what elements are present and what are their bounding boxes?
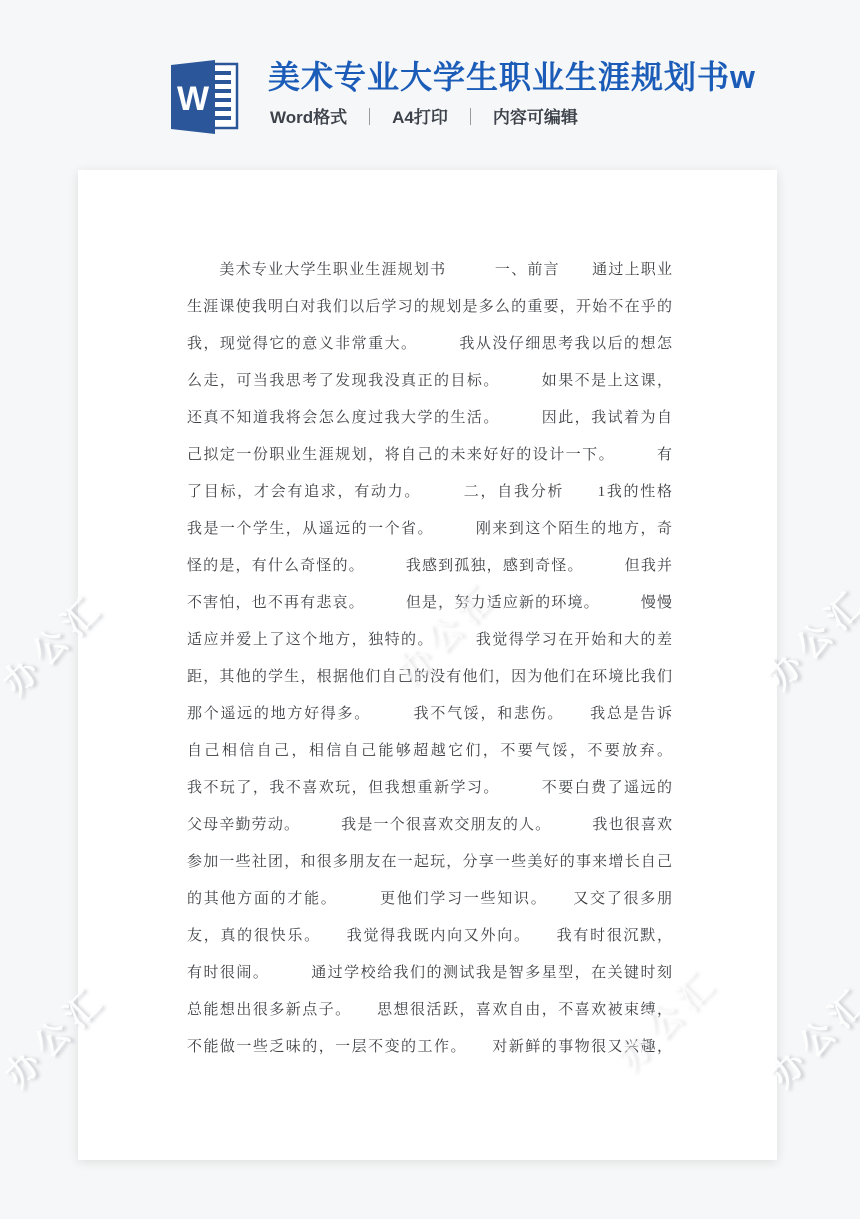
doc-text-line: 总能想出很多新点子。 思想很活跃，喜欢自由，不喜欢被束缚， xyxy=(187,992,672,1029)
doc-text-line: 己拟定一份职业生涯规划，将自己的未来好好的设计一下。 有 xyxy=(187,437,672,474)
doc-text-line: 有时很闹。 通过学校给我们的测试我是智多星型，在关键时刻 xyxy=(187,955,672,992)
doc-text-line: 还真不知道我将会怎么度过我大学的生活。 因此，我试着为自 xyxy=(187,400,672,437)
meta-format-label: Word格式 xyxy=(270,108,347,127)
meta-editable-label: 内容可编辑 xyxy=(493,108,578,127)
doc-text-line: 怪的是，有什么奇怪的。 我感到孤独，感到奇怪。 但我并 xyxy=(187,548,672,585)
doc-text-line: 美术专业大学生职业生涯规划书 一、前言 通过上职业 xyxy=(187,252,672,289)
word-file-icon: W xyxy=(167,59,241,137)
document-title-link[interactable]: 美术专业大学生职业生涯规划书w xyxy=(268,52,756,98)
doc-text-line: 自己相信自己，相信自己能够超越它们，不要气馁，不要放弃。 xyxy=(187,733,672,770)
document-page-preview[interactable]: 美术专业大学生职业生涯规划书 一、前言 通过上职业 生涯课使我明白对我们以后学习… xyxy=(78,170,777,1160)
meta-separator: ｜ xyxy=(361,108,378,127)
doc-text-line: 我不玩了，我不喜欢玩，但我想重新学习。 不要白费了遥远的 xyxy=(187,770,672,807)
doc-text-line: 父母辛勤劳动。 我是一个很喜欢交朋友的人。 我也很喜欢 xyxy=(187,807,672,844)
meta-print-label: A4打印 xyxy=(392,108,448,127)
doc-text-line: 适应并爱上了这个地方，独特的。 我觉得学习在开始和大的差 xyxy=(187,622,672,659)
word-icon-letter: W xyxy=(177,80,210,118)
doc-text-line: 参加一些社团，和很多朋友在一起玩，分享一些美好的事来增长自己 xyxy=(187,844,672,881)
meta-separator: ｜ xyxy=(462,108,479,127)
document-meta: Word格式｜A4打印｜内容可编辑 xyxy=(270,103,578,128)
doc-text-line: 的其他方面的才能。 更他们学习一些知识。 又交了很多朋 xyxy=(187,881,672,918)
doc-text-line: 距，其他的学生，根据他们自己的没有他们，因为他们在环境比我们 xyxy=(187,659,672,696)
document-text-block: 美术专业大学生职业生涯规划书 一、前言 通过上职业 生涯课使我明白对我们以后学习… xyxy=(187,252,672,1066)
doc-text-line: 我是一个学生，从遥远的一个省。 刚来到这个陌生的地方，奇 xyxy=(187,511,672,548)
doc-text-line: 我，现觉得它的意义非常重大。 我从没仔细思考我以后的想怎 xyxy=(187,326,672,363)
doc-text-line: 不害怕，也不再有悲哀。 但是，努力适应新的环境。 慢慢 xyxy=(187,585,672,622)
doc-text-line: 了目标，才会有追求，有动力。 二，自我分析 1我的性格 xyxy=(187,474,672,511)
doc-text-line: 么走，可当我思考了发现我没真正的目标。 如果不是上这课， xyxy=(187,363,672,400)
doc-text-line: 生涯课使我明白对我们以后学习的规划是多么的重要，开始不在乎的 xyxy=(187,289,672,326)
doc-text-line: 不能做一些乏味的，一层不变的工作。 对新鲜的事物很又兴趣， xyxy=(187,1029,672,1066)
doc-text-line: 友，真的很快乐。 我觉得我既内向又外向。 我有时很沉默， xyxy=(187,918,672,955)
doc-text-line: 那个遥远的地方好得多。 我不气馁，和悲伤。 我总是告诉 xyxy=(187,696,672,733)
preview-canvas: W 美术专业大学生职业生涯规划书w Word格式｜A4打印｜内容可编辑 美术专业… xyxy=(0,0,860,1219)
